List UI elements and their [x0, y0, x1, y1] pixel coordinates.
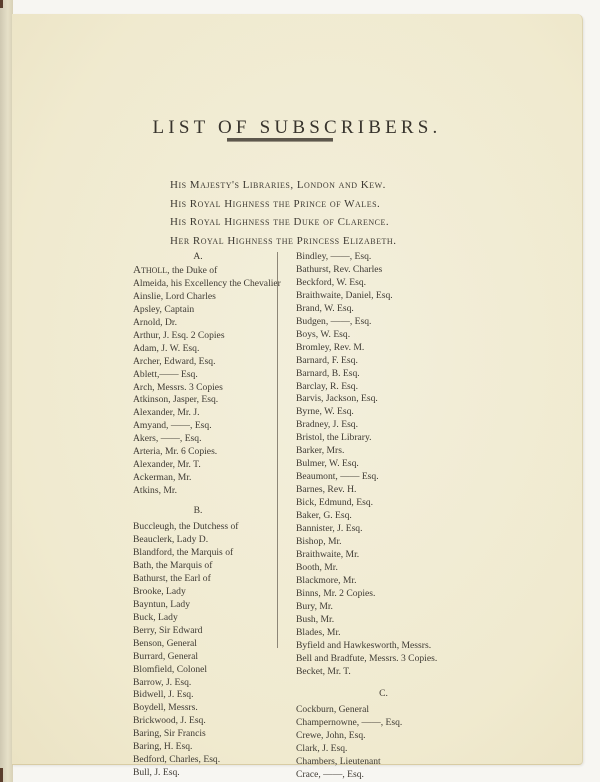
subscriber-entry: Burrard, General: [133, 651, 283, 664]
subscriber-entry: Budgen, ——, Esq.: [296, 316, 456, 329]
subscriber-entry: Atkinson, Jasper, Esq.: [133, 394, 283, 407]
subscriber-entry: Bromley, Rev. M.: [296, 342, 456, 355]
subscriber-entry: Bannister, J. Esq.: [296, 523, 456, 536]
section-a-list: Almeida, his Excellency the ChevalierAin…: [133, 278, 283, 498]
subscriber-entry: Bull, J. Esq.: [133, 767, 283, 780]
subscriber-entry: Barnes, Rev. H.: [296, 484, 456, 497]
subscriber-entry: Byfield and Hawkesworth, Messrs.: [296, 640, 456, 653]
subscriber-entry: Berry, Sir Edward: [133, 625, 283, 638]
section-b-list: Buccleugh, the Dutchess ofBeauclerk, Lad…: [133, 521, 283, 780]
subscriber-entry: Arthur, J. Esq. 2 Copies: [133, 330, 283, 343]
subscriber-entry: Beckford, W. Esq.: [296, 277, 456, 290]
subscriber-entry: Bury, Mr.: [296, 601, 456, 614]
subscriber-entry: Boydell, Messrs.: [133, 702, 283, 715]
page-title: LIST OF SUBSCRIBERS.: [12, 117, 582, 139]
subscriber-entry: Almeida, his Excellency the Chevalier: [133, 278, 283, 291]
subscriber-entry: Blades, Mr.: [296, 627, 456, 640]
title-divider-rule: [227, 138, 333, 142]
subscriber-entry: Barvis, Jackson, Esq.: [296, 393, 456, 406]
subscriber-entry: Champernowne, ——, Esq.: [296, 717, 456, 730]
subscriber-entry: Brooke, Lady: [133, 586, 283, 599]
subscriber-entry: Beauclerk, Lady D.: [133, 534, 283, 547]
subscriber-entry: Braithwaite, Daniel, Esq.: [296, 290, 456, 303]
subscriber-entry: Braithwaite, Mr.: [296, 549, 456, 562]
subscriber-entry: Barnard, B. Esq.: [296, 368, 456, 381]
subscriber-entry: Benson, General: [133, 638, 283, 651]
binding-corner-top: [0, 0, 3, 8]
subscriber-entry: Ablett,—— Esq.: [133, 369, 283, 382]
subscriber-entry: Chambers, Lieutenant: [296, 756, 456, 769]
subscriber-entry: Brand, W. Esq.: [296, 303, 456, 316]
subscriber-column-right: Bindley, ——, Esq.Bathurst, Rev. CharlesB…: [296, 251, 456, 782]
subscriber-entry: Bush, Mr.: [296, 614, 456, 627]
subscriber-entry: Baring, Sir Francis: [133, 728, 283, 741]
royal-subscriber: His Majesty's Libraries, London and Kew.: [170, 176, 470, 195]
subscriber-entry: Crewe, John, Esq.: [296, 730, 456, 743]
subscriber-entry: Apsley, Captain: [133, 304, 283, 317]
subscriber-entry: Clark, J. Esq.: [296, 743, 456, 756]
section-c-list: Cockburn, GeneralChampernowne, ——, Esq.C…: [296, 704, 456, 782]
subscriber-entry: Booth, Mr.: [296, 562, 456, 575]
subscriber-entry: Adam, J. W. Esq.: [133, 343, 283, 356]
subscriber-entry: Baring, H. Esq.: [133, 741, 283, 754]
subscriber-entry: Arch, Messrs. 3 Copies: [133, 382, 283, 395]
subscriber-entry: Crace, ——, Esq.: [296, 769, 456, 782]
subscriber-entry: Barclay, R. Esq.: [296, 381, 456, 394]
subscriber-entry: Akers, ——, Esq.: [133, 433, 283, 446]
royal-subscriber: His Royal Highness the Duke of Clarence.: [170, 213, 470, 232]
subscriber-entry: Becket, Mr. T.: [296, 666, 456, 679]
section-heading-b: B.: [133, 505, 263, 518]
subscriber-entry: Bick, Edmund, Esq.: [296, 497, 456, 510]
subscriber-entry: Ainslie, Lord Charles: [133, 291, 283, 304]
subscriber-entry: Bayntun, Lady: [133, 599, 283, 612]
subscriber-entry: Buck, Lady: [133, 612, 283, 625]
subscriber-entry: Atkins, Mr.: [133, 485, 283, 498]
book-page: LIST OF SUBSCRIBERS. His Majesty's Libra…: [12, 14, 583, 765]
subscriber-entry: Bathurst, Rev. Charles: [296, 264, 456, 277]
subscriber-entry: Bedford, Charles, Esq.: [133, 754, 283, 767]
section-heading-c: C.: [296, 688, 471, 701]
section-b-continued-list: Bindley, ——, Esq.Bathurst, Rev. CharlesB…: [296, 251, 456, 678]
subscriber-entry: Bidwell, J. Esq.: [133, 689, 283, 702]
subscriber-entry: Archer, Edward, Esq.: [133, 356, 283, 369]
subscriber-entry: Alexander, Mr. J.: [133, 407, 283, 420]
subscriber-entry: Bath, the Marquis of: [133, 560, 283, 573]
subscriber-entry: Bathurst, the Earl of: [133, 573, 283, 586]
subscriber-entry: Blackmore, Mr.: [296, 575, 456, 588]
subscriber-entry: Beaumont, —— Esq.: [296, 471, 456, 484]
subscriber-entry: Buccleugh, the Dutchess of: [133, 521, 283, 534]
subscriber-entry: Arnold, Dr.: [133, 317, 283, 330]
subscriber-entry: Brickwood, J. Esq.: [133, 715, 283, 728]
subscriber-entry: Bishop, Mr.: [296, 536, 456, 549]
subscriber-entry: Arteria, Mr. 6 Copies.: [133, 446, 283, 459]
subscriber-entry: Blandford, the Marquis of: [133, 547, 283, 560]
subscriber-entry: Bristol, the Library.: [296, 432, 456, 445]
binding-corner-bottom: [0, 768, 3, 782]
subscriber-entry: Barrow, J. Esq.: [133, 677, 283, 690]
subscriber-entry: Byrne, W. Esq.: [296, 406, 456, 419]
subscriber-entry: Bradney, J. Esq.: [296, 419, 456, 432]
column-separator-rule: [277, 252, 278, 648]
royal-subscriber: Her Royal Highness the Princess Elizabet…: [170, 232, 470, 251]
section-heading-a: A.: [133, 251, 263, 264]
subscriber-entry: Barker, Mrs.: [296, 445, 456, 458]
subscriber-entry: Amyand, ——, Esq.: [133, 420, 283, 433]
subscriber-entry: Boys, W. Esq.: [296, 329, 456, 342]
subscriber-entry: Ackerman, Mr.: [133, 472, 283, 485]
subscriber-entry: Baker, G. Esq.: [296, 510, 456, 523]
subscriber-entry: Alexander, Mr. T.: [133, 459, 283, 472]
subscriber-entry: Binns, Mr. 2 Copies.: [296, 588, 456, 601]
entry-title: , the Duke of: [167, 265, 217, 276]
royal-subscribers: His Majesty's Libraries, London and Kew.…: [170, 176, 470, 250]
subscriber-entry: Atholl, the Duke of: [133, 264, 283, 278]
subscriber-entry: Barnard, F. Esq.: [296, 355, 456, 368]
entry-surname-caps: Atholl: [133, 264, 167, 276]
subscriber-entry: Bindley, ——, Esq.: [296, 251, 456, 264]
subscriber-entry: Bulmer, W. Esq.: [296, 458, 456, 471]
subscriber-column-left: A. Atholl, the Duke of Almeida, his Exce…: [133, 251, 283, 780]
subscriber-entry: Cockburn, General: [296, 704, 456, 717]
subscriber-entry: Blomfield, Colonel: [133, 664, 283, 677]
subscriber-entry: Bell and Bradfute, Messrs. 3 Copies.: [296, 653, 456, 666]
royal-subscriber: His Royal Highness the Prince of Wales.: [170, 195, 470, 214]
